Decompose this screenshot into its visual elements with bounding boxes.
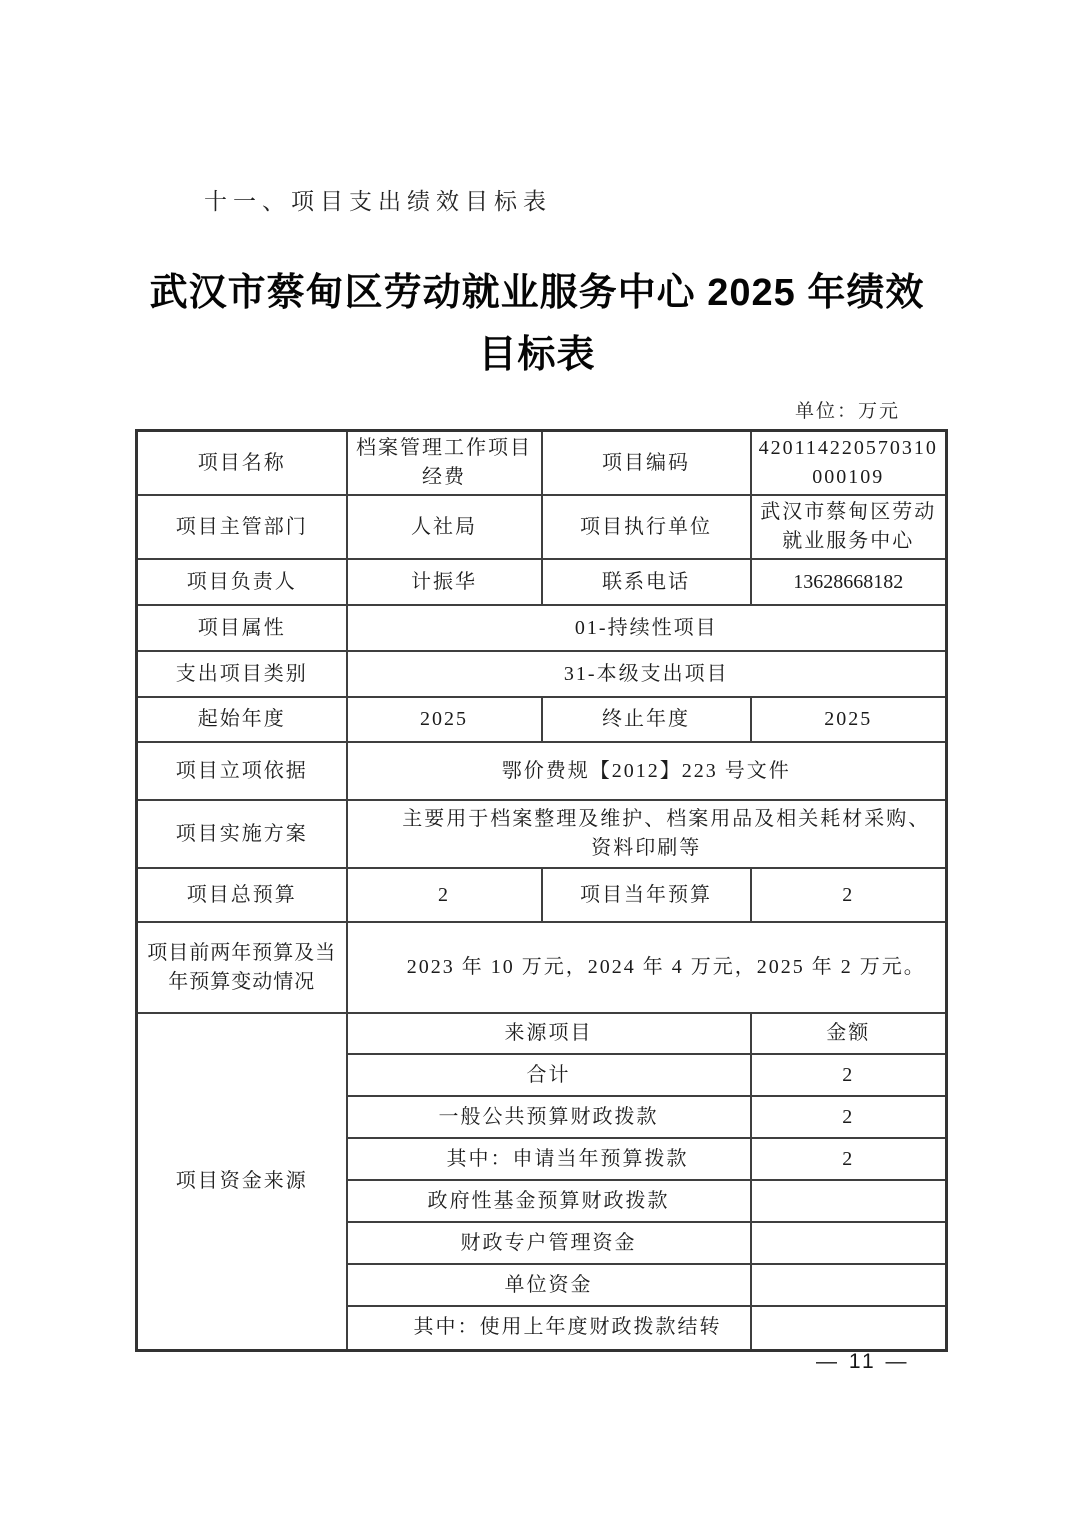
total-budget-label: 项目总预算 xyxy=(137,868,347,922)
leader-value: 计振华 xyxy=(347,559,542,605)
table-row: 项目主管部门 人社局 项目执行单位 武汉市蔡甸区劳动就业服务中心 xyxy=(137,495,947,559)
table-row: 项目负责人 计振华 联系电话 13628668182 xyxy=(137,559,947,605)
attribute-value: 01-持续性项目 xyxy=(347,605,947,651)
funding-source-header: 来源项目 xyxy=(347,1013,751,1054)
funding-row-current-year-appropriation-amount: 2 xyxy=(751,1138,947,1180)
funding-row-total-amount: 2 xyxy=(751,1054,947,1096)
funding-row-government-fund-amount xyxy=(751,1180,947,1222)
basis-value: 鄂价费规【2012】223 号文件 xyxy=(347,742,947,800)
start-year-value: 2025 xyxy=(347,697,542,742)
current-budget-label: 项目当年预算 xyxy=(542,868,751,922)
project-code-value: 420114220570310000109 xyxy=(751,431,947,496)
table-row: 项目资金来源 来源项目 金额 xyxy=(137,1013,947,1054)
start-year-label: 起始年度 xyxy=(137,697,347,742)
phone-label: 联系电话 xyxy=(542,559,751,605)
table-row: 项目立项依据 鄂价费规【2012】223 号文件 xyxy=(137,742,947,800)
department-value: 人社局 xyxy=(347,495,542,559)
executing-unit-label: 项目执行单位 xyxy=(542,495,751,559)
funding-row-unit-funds-amount xyxy=(751,1264,947,1306)
history-label: 项目前两年预算及当年预算变动情况 xyxy=(137,922,347,1013)
history-value: 2023 年 10 万元，2024 年 4 万元，2025 年 2 万元。 xyxy=(347,922,947,1013)
table-row: 项目实施方案 主要用于档案整理及维护、档案用品及相关耗材采购、资料印刷等 xyxy=(137,800,947,868)
funding-row-general-budget-amount: 2 xyxy=(751,1096,947,1138)
document-title: 武汉市蔡甸区劳动就业服务中心 2025 年绩效 目标表 xyxy=(80,262,994,386)
funding-row-total: 合计 xyxy=(347,1054,751,1096)
funding-source-label: 项目资金来源 xyxy=(137,1013,347,1350)
funding-row-current-year-appropriation: 其中：申请当年预算拨款 xyxy=(347,1138,751,1180)
table-row: 项目名称 档案管理工作项目经费 项目编码 4201142205703100001… xyxy=(137,431,947,496)
document-page: 十一、项目支出绩效目标表 武汉市蔡甸区劳动就业服务中心 2025 年绩效 目标表… xyxy=(0,0,1074,1520)
funding-row-carryover: 其中：使用上年度财政拨款结转 xyxy=(347,1306,751,1350)
performance-target-table: 项目名称 档案管理工作项目经费 项目编码 4201142205703100001… xyxy=(135,429,948,1352)
phone-value: 13628668182 xyxy=(751,559,947,605)
plan-label: 项目实施方案 xyxy=(137,800,347,868)
funding-row-government-fund: 政府性基金预算财政拨款 xyxy=(347,1180,751,1222)
document-title-line2: 目标表 xyxy=(80,324,994,386)
leader-label: 项目负责人 xyxy=(137,559,347,605)
table-row: 支出项目类别 31-本级支出项目 xyxy=(137,651,947,697)
project-code-label: 项目编码 xyxy=(542,431,751,496)
executing-unit-value: 武汉市蔡甸区劳动就业服务中心 xyxy=(751,495,947,559)
attribute-label: 项目属性 xyxy=(137,605,347,651)
funding-row-general-budget: 一般公共预算财政拨款 xyxy=(347,1096,751,1138)
funding-row-special-account: 财政专户管理资金 xyxy=(347,1222,751,1264)
department-label: 项目主管部门 xyxy=(137,495,347,559)
funding-amount-header: 金额 xyxy=(751,1013,947,1054)
unit-note: 单位：万元 xyxy=(795,396,900,423)
total-budget-value: 2 xyxy=(347,868,542,922)
table-row: 起始年度 2025 终止年度 2025 xyxy=(137,697,947,742)
basis-label: 项目立项依据 xyxy=(137,742,347,800)
document-title-line1: 武汉市蔡甸区劳动就业服务中心 2025 年绩效 xyxy=(80,262,994,324)
table-row: 项目总预算 2 项目当年预算 2 xyxy=(137,868,947,922)
funding-row-carryover-amount xyxy=(751,1306,947,1350)
end-year-value: 2025 xyxy=(751,697,947,742)
section-heading: 十一、项目支出绩效目标表 xyxy=(204,183,552,216)
current-budget-value: 2 xyxy=(751,868,947,922)
project-name-value: 档案管理工作项目经费 xyxy=(347,431,542,496)
end-year-label: 终止年度 xyxy=(542,697,751,742)
page-number: — 11 — xyxy=(816,1350,909,1374)
category-value: 31-本级支出项目 xyxy=(347,651,947,697)
funding-row-unit-funds: 单位资金 xyxy=(347,1264,751,1306)
table-row: 项目属性 01-持续性项目 xyxy=(137,605,947,651)
project-name-label: 项目名称 xyxy=(137,431,347,496)
table-row: 项目前两年预算及当年预算变动情况 2023 年 10 万元，2024 年 4 万… xyxy=(137,922,947,1013)
plan-value: 主要用于档案整理及维护、档案用品及相关耗材采购、资料印刷等 xyxy=(347,800,947,868)
funding-row-special-account-amount xyxy=(751,1222,947,1264)
category-label: 支出项目类别 xyxy=(137,651,347,697)
